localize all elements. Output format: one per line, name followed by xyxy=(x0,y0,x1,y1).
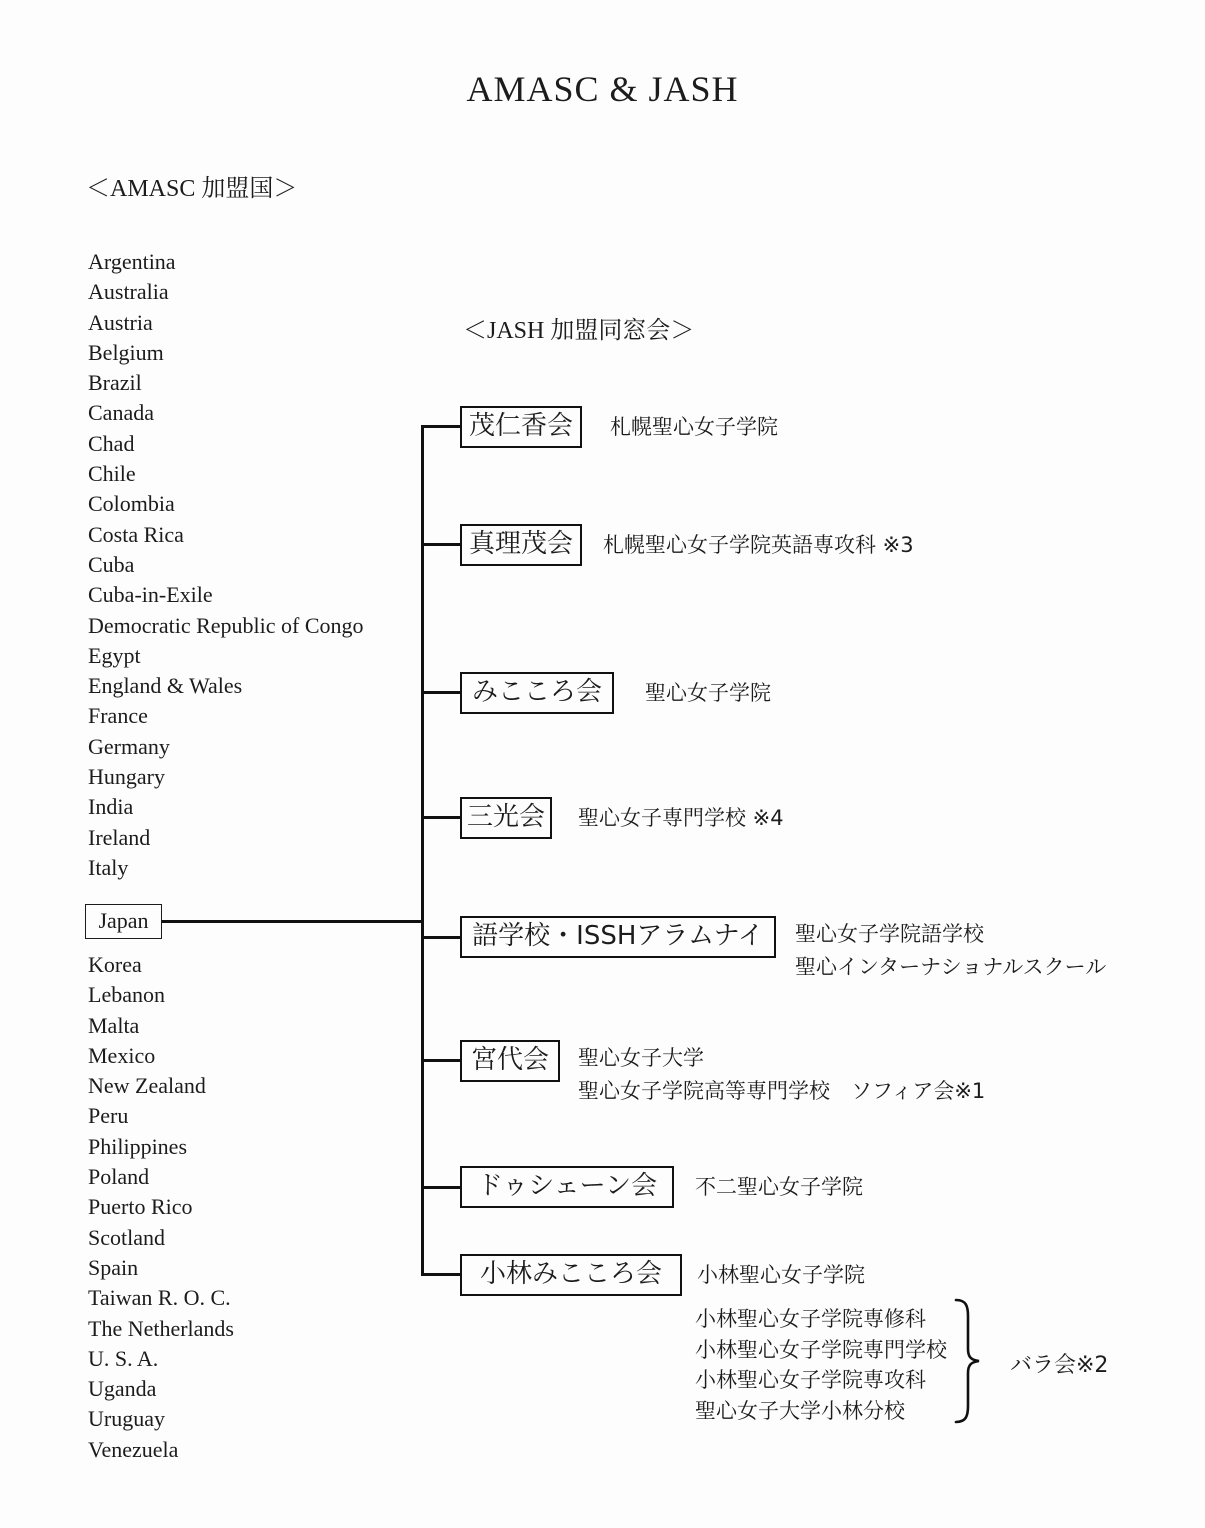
page-title: AMASC & JASH xyxy=(0,68,1205,110)
school-line: 聖心女子大学 xyxy=(578,1046,704,1070)
country-item: Chile xyxy=(88,459,364,489)
amasc-country-list-upper: ArgentinaAustraliaAustriaBelgiumBrazilCa… xyxy=(88,247,364,883)
country-item: Cuba xyxy=(88,550,364,580)
jash-section-heading: ＜JASH 加盟同窓会＞ xyxy=(463,310,694,345)
school-line: 小林聖心女子学院専攻科 xyxy=(695,1365,947,1396)
jash-item-1: 茂仁香会 札幌聖心女子学院 xyxy=(460,406,582,448)
school-line: 小林聖心女子学院専修科 xyxy=(695,1304,947,1335)
country-item: Argentina xyxy=(88,247,364,277)
country-item: Egypt xyxy=(88,641,364,671)
country-item: Philippines xyxy=(88,1132,234,1162)
branch-line-8 xyxy=(421,1273,462,1276)
association-box: 茂仁香会 xyxy=(460,406,582,448)
association-box: ドゥシェーン会 xyxy=(460,1166,674,1208)
country-item: Democratic Republic of Congo xyxy=(88,611,364,641)
branch-line-2 xyxy=(421,543,462,546)
branch-line-5 xyxy=(421,936,462,939)
school-line: 聖心女子学院高等専門学校 ソフィア会※1 xyxy=(578,1079,985,1103)
country-item: Puerto Rico xyxy=(88,1192,234,1222)
jash-item-7: ドゥシェーン会 不二聖心女子学院 xyxy=(460,1166,674,1208)
amasc-country-list-lower: KoreaLebanonMaltaMexicoNew ZealandPeruPh… xyxy=(88,950,234,1465)
branch-line-6 xyxy=(421,1059,462,1062)
country-item: England & Wales xyxy=(88,671,364,701)
jash-item-2: 真理茂会 札幌聖心女子学院英語専攻科 ※3 xyxy=(460,524,582,566)
country-item: Taiwan R. O. C. xyxy=(88,1283,234,1313)
jash-item-6: 宮代会 聖心女子大学聖心女子学院高等専門学校 ソフィア会※1 xyxy=(460,1040,560,1082)
country-item: Italy xyxy=(88,853,364,883)
school-label: 札幌聖心女子学院英語専攻科 ※3 xyxy=(603,529,914,562)
country-item: Belgium xyxy=(88,338,364,368)
country-item: Peru xyxy=(88,1101,234,1131)
connector-japan-line xyxy=(162,920,423,923)
jash-item-5: 語学校・ISSHアラムナイ 聖心女子学院語学校聖心インターナショナルスクール xyxy=(460,916,776,958)
country-item: Cuba-in-Exile xyxy=(88,580,364,610)
document-page: AMASC & JASH ＜AMASC 加盟国＞ ＜JASH 加盟同窓会＞ Ar… xyxy=(0,0,1205,1528)
bara-school-group: 小林聖心女子学院専修科小林聖心女子学院専門学校小林聖心女子学院専攻科聖心女子大学… xyxy=(695,1304,947,1426)
branch-line-3 xyxy=(421,691,462,694)
country-item: Venezuela xyxy=(88,1435,234,1465)
country-item: Hungary xyxy=(88,762,364,792)
school-label: 聖心女子大学聖心女子学院高等専門学校 ソフィア会※1 xyxy=(578,1042,985,1108)
school-line: 聖心女子学院語学校 xyxy=(795,922,984,946)
association-box: 真理茂会 xyxy=(460,524,582,566)
association-box: みこころ会 xyxy=(460,672,614,714)
country-item: Malta xyxy=(88,1011,234,1041)
branch-line-1 xyxy=(421,425,462,428)
country-item: The Netherlands xyxy=(88,1314,234,1344)
country-item: Brazil xyxy=(88,368,364,398)
country-item: New Zealand xyxy=(88,1071,234,1101)
tree-trunk-line xyxy=(421,426,424,1276)
school-label: 小林聖心女子学院 xyxy=(697,1259,865,1292)
branch-line-4 xyxy=(421,816,462,819)
jash-item-3: みこころ会 聖心女子学院 xyxy=(460,672,614,714)
country-item: India xyxy=(88,792,364,822)
country-item: Poland xyxy=(88,1162,234,1192)
amasc-section-heading: ＜AMASC 加盟国＞ xyxy=(86,168,297,203)
school-label: 聖心女子専門学校 ※4 xyxy=(578,802,784,835)
country-item: France xyxy=(88,701,364,731)
country-item: Uruguay xyxy=(88,1404,234,1434)
country-item: Ireland xyxy=(88,823,364,853)
school-line: 小林聖心女子学院専門学校 xyxy=(695,1335,947,1366)
school-label: 聖心女子学院 xyxy=(645,677,771,710)
association-box: 小林みこころ会 xyxy=(460,1254,682,1296)
association-box: 語学校・ISSHアラムナイ xyxy=(460,916,776,958)
school-label: 聖心女子学院語学校聖心インターナショナルスクール xyxy=(795,918,1106,984)
country-item: Spain xyxy=(88,1253,234,1283)
country-item: Canada xyxy=(88,398,364,428)
right-brace-icon xyxy=(953,1297,981,1425)
country-item: Australia xyxy=(88,277,364,307)
country-item: Uganda xyxy=(88,1374,234,1404)
country-item: Colombia xyxy=(88,489,364,519)
country-item: Costa Rica xyxy=(88,520,364,550)
country-item: Chad xyxy=(88,429,364,459)
association-box: 三光会 xyxy=(460,797,552,839)
jash-item-8: 小林みこころ会 小林聖心女子学院 xyxy=(460,1254,682,1296)
association-box: 宮代会 xyxy=(460,1040,560,1082)
bara-group-label: バラ会※2 xyxy=(1010,1348,1108,1379)
japan-country-box: Japan xyxy=(85,904,162,939)
country-item: Scotland xyxy=(88,1223,234,1253)
school-label: 札幌聖心女子学院 xyxy=(610,411,778,444)
country-item: U. S. A. xyxy=(88,1344,234,1374)
school-label: 不二聖心女子学院 xyxy=(695,1171,863,1204)
jash-item-4: 三光会 聖心女子専門学校 ※4 xyxy=(460,797,552,839)
school-line: 聖心インターナショナルスクール xyxy=(795,955,1106,979)
branch-line-7 xyxy=(421,1186,462,1189)
country-item: Lebanon xyxy=(88,980,234,1010)
country-item: Mexico xyxy=(88,1041,234,1071)
country-item: Austria xyxy=(88,308,364,338)
country-item: Germany xyxy=(88,732,364,762)
school-line: 聖心女子大学小林分校 xyxy=(695,1396,947,1427)
country-item: Korea xyxy=(88,950,234,980)
